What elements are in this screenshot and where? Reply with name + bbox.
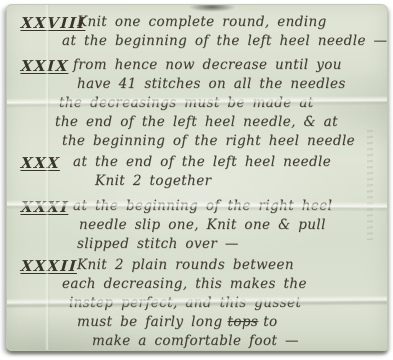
- section-numeral: XXXI: [20, 198, 75, 216]
- entry-xxx: XXX at the end of the left heel needle K…: [21, 153, 381, 191]
- entry-lines: from hence now decrease until you have 4…: [77, 56, 381, 151]
- entry-xxxii: XXXII Knit 2 plain rounds between each d…: [21, 256, 381, 351]
- handwriting-line: each decreasing, this makes the: [62, 275, 381, 294]
- entry-xxix: XXIX from hence now decrease until you h…: [21, 56, 381, 151]
- section-numeral: XXVIII: [20, 14, 75, 32]
- handwriting-line: at the end of the left heel needle: [73, 153, 381, 172]
- entry-lines: Knit 2 plain rounds between each decreas…: [77, 256, 381, 351]
- handwriting-line: Knit one complete round, ending: [77, 13, 381, 32]
- handwriting-line: the decreasings must be made at: [59, 94, 381, 113]
- section-numeral: XXX: [20, 154, 75, 172]
- handwriting-line: make a comfortable foot —: [92, 332, 381, 351]
- handwriting-line: instep perfect, and this gusset: [69, 294, 381, 313]
- handwriting-line: the end of the left heel needle, & at: [55, 113, 381, 132]
- section-numeral: XXXII: [20, 257, 75, 275]
- line-text: to: [263, 314, 277, 330]
- section-numeral: XXIX: [20, 57, 75, 75]
- handwriting-line: Knit 2 together: [95, 172, 381, 191]
- handwriting-line: must be fairly longtopsto: [77, 313, 381, 332]
- entry-lines: at the end of the left heel needle Knit …: [77, 153, 381, 191]
- photo-frame: XXVIII Knit one complete round, ending a…: [0, 0, 393, 360]
- manuscript-page: XXVIII Knit one complete round, ending a…: [6, 4, 388, 351]
- entry-lines: at the beginning of the right heel needl…: [77, 197, 381, 254]
- handwriting-line: have 41 stitches on all the needles: [77, 75, 381, 94]
- entry-xxxi: XXXI at the beginning of the right heel …: [21, 197, 381, 254]
- handwriting-line: needle slip one, Knit one & pull: [79, 216, 381, 235]
- handwriting-line: at the beginning of the right heel: [73, 197, 381, 216]
- handwriting-line: Knit 2 plain rounds between: [77, 256, 381, 275]
- struck-word: tops: [228, 314, 259, 330]
- handwriting-line: from hence now decrease until you: [73, 56, 381, 75]
- manuscript-content: XXVIII Knit one complete round, ending a…: [7, 5, 387, 351]
- entry-xxviii: XXVIII Knit one complete round, ending a…: [21, 13, 381, 51]
- handwriting-line: at the beginning of the left heel needle…: [62, 32, 381, 51]
- handwriting-line: slipped stitch over —: [77, 235, 381, 254]
- entry-lines: Knit one complete round, ending at the b…: [77, 13, 381, 51]
- handwriting-line: the beginning of the right heel needle: [62, 132, 381, 151]
- line-text: must be fairly long: [77, 314, 223, 330]
